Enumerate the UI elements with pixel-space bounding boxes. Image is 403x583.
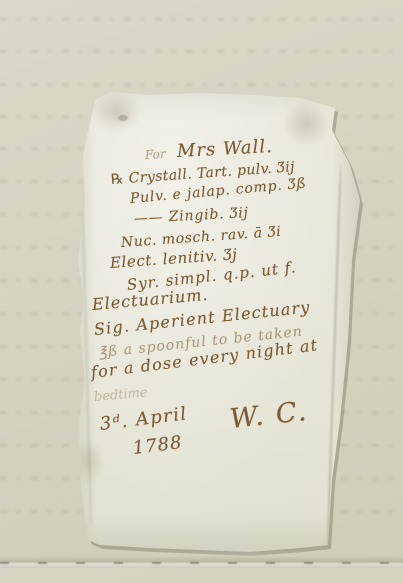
- salutation-text: For: [145, 147, 167, 162]
- handwriting-layer: For Mrs Wall. ℞ Crystall. Tart. pulv. Ʒi…: [0, 0, 403, 583]
- patient-name: Mrs Wall.: [176, 136, 273, 162]
- signature-initials: W. C.: [228, 396, 309, 435]
- manuscript-photo: For Mrs Wall. ℞ Crystall. Tart. pulv. Ʒi…: [0, 0, 403, 583]
- directions-line-bedtime: bedtime: [93, 385, 148, 405]
- rx-line-zingib: —— Zingib. Ʒij: [134, 205, 250, 227]
- date-day-month: 3ᵈ. April: [99, 403, 189, 435]
- date-year: 1788: [132, 432, 184, 459]
